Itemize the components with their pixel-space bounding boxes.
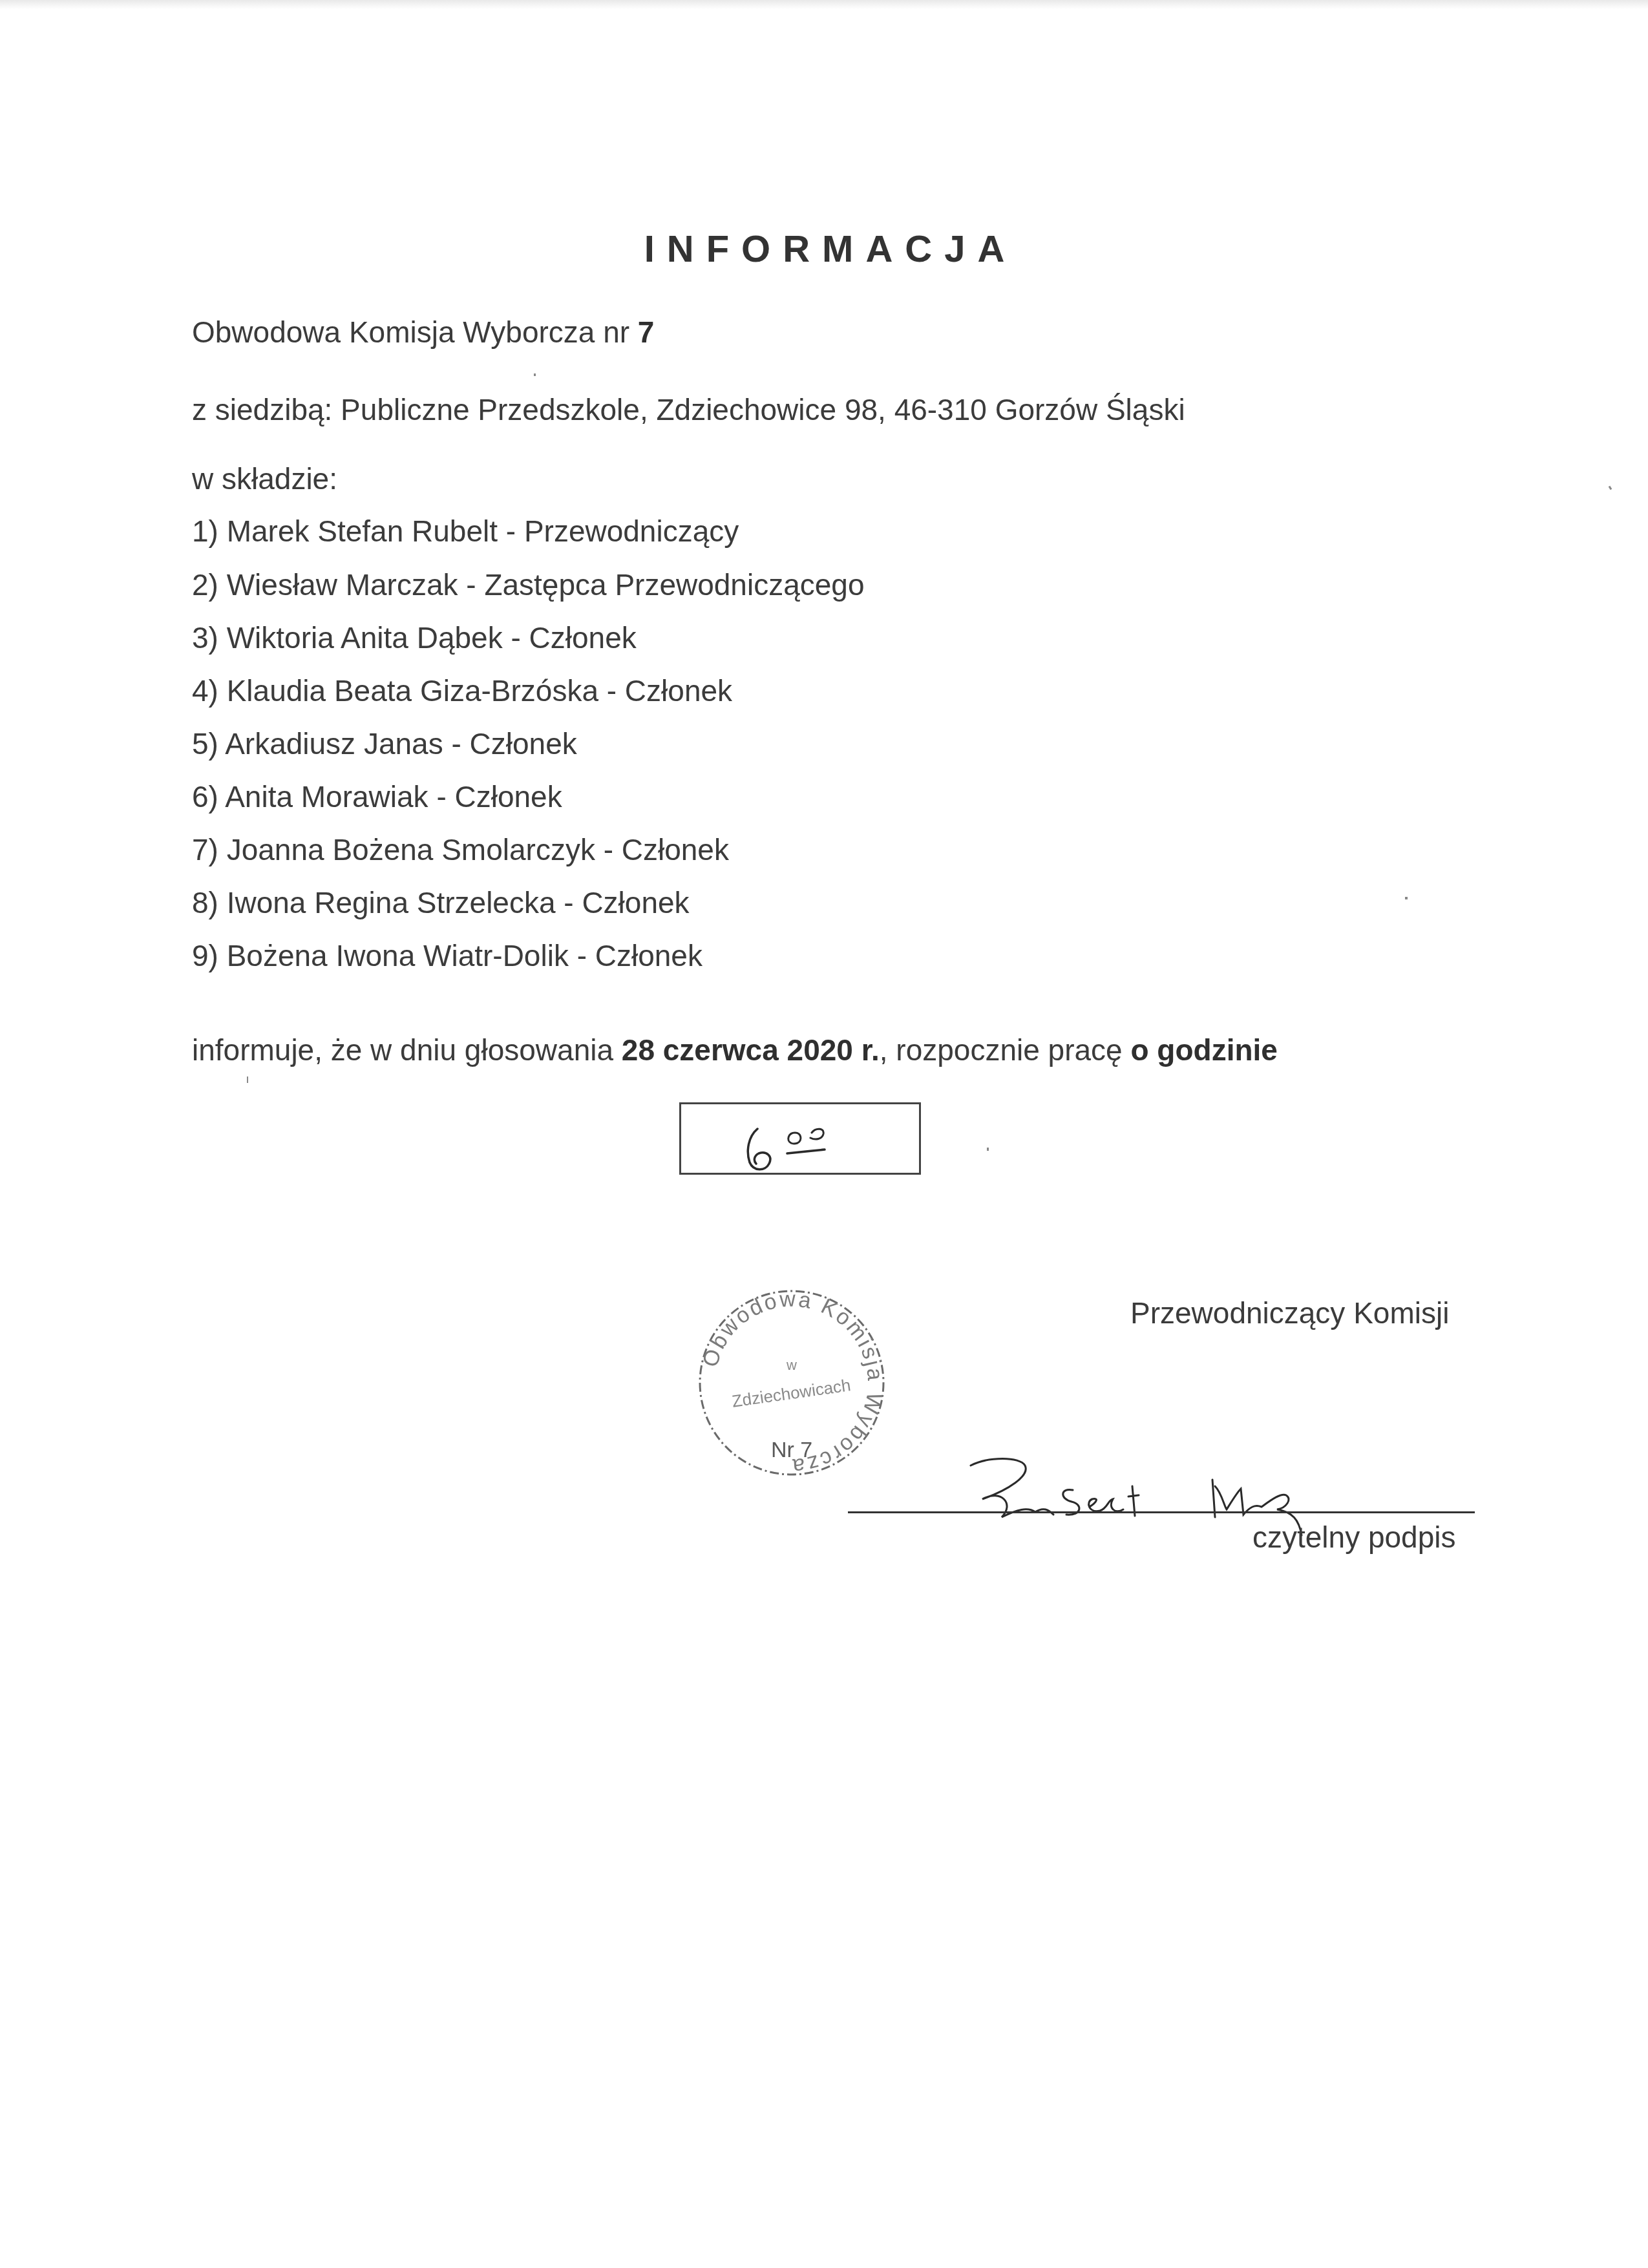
voting-date: 28 czerwca 2020 r. <box>622 1033 880 1067</box>
stamp-inner-line2: Zdziechowicach <box>731 1375 852 1411</box>
member-item: 9) Bożena Iwona Wiatr-Dolik - Członek <box>192 938 703 973</box>
scan-edge-shadow <box>0 0 1648 9</box>
start-time-box: 6:00 <box>679 1102 921 1175</box>
member-item: 3) Wiktoria Anita Dąbek - Członek <box>192 620 637 655</box>
statement-part2: , rozpocznie pracę <box>880 1033 1131 1067</box>
chairman-label: Przewodniczący Komisji <box>1130 1296 1449 1330</box>
handwritten-time-icon <box>681 1104 923 1177</box>
committee-number: 7 <box>638 315 655 349</box>
scan-speck <box>987 1148 989 1151</box>
stamp-number: Nr 7 <box>771 1438 812 1462</box>
scan-speck <box>1609 486 1612 490</box>
member-item: 4) Klaudia Beata Giza-Brzóska - Członek <box>192 673 732 708</box>
scan-speck <box>1405 897 1408 899</box>
member-item: 1) Marek Stefan Rubelt - Przewodniczący <box>192 514 739 549</box>
statement-line: informuje, że w dniu głosowania 28 czerw… <box>192 1033 1278 1067</box>
member-item: 2) Wiesław Marczak - Zastępca Przewodnic… <box>192 567 864 602</box>
member-item: 5) Arkadiusz Janas - Członek <box>192 726 577 761</box>
official-stamp: Obwodowa Komisja Wyborcza w Zdziechowica… <box>695 1286 889 1480</box>
scan-speck <box>534 373 536 376</box>
stamp-inner-line1: w <box>786 1357 797 1373</box>
scan-speck <box>247 1076 248 1083</box>
document-title: INFORMACJA <box>0 227 1648 271</box>
member-item: 8) Iwona Regina Strzelecka - Członek <box>192 885 690 920</box>
committee-prefix: Obwodowa Komisja Wyborcza nr <box>192 315 638 349</box>
member-item: 6) Anita Morawiak - Członek <box>192 779 562 814</box>
signature-caption: czytelny podpis <box>1252 1520 1456 1555</box>
time-label: o godzinie <box>1130 1033 1277 1067</box>
statement-part1: informuje, że w dniu głosowania <box>192 1033 622 1067</box>
committee-line: Obwodowa Komisja Wyborcza nr 7 <box>192 315 654 350</box>
composition-label: w składzie: <box>192 461 337 496</box>
signature-line <box>848 1511 1475 1513</box>
seat-line: z siedzibą: Publiczne Przedszkole, Zdzie… <box>192 392 1185 427</box>
member-item: 7) Joanna Bożena Smolarczyk - Członek <box>192 832 729 867</box>
